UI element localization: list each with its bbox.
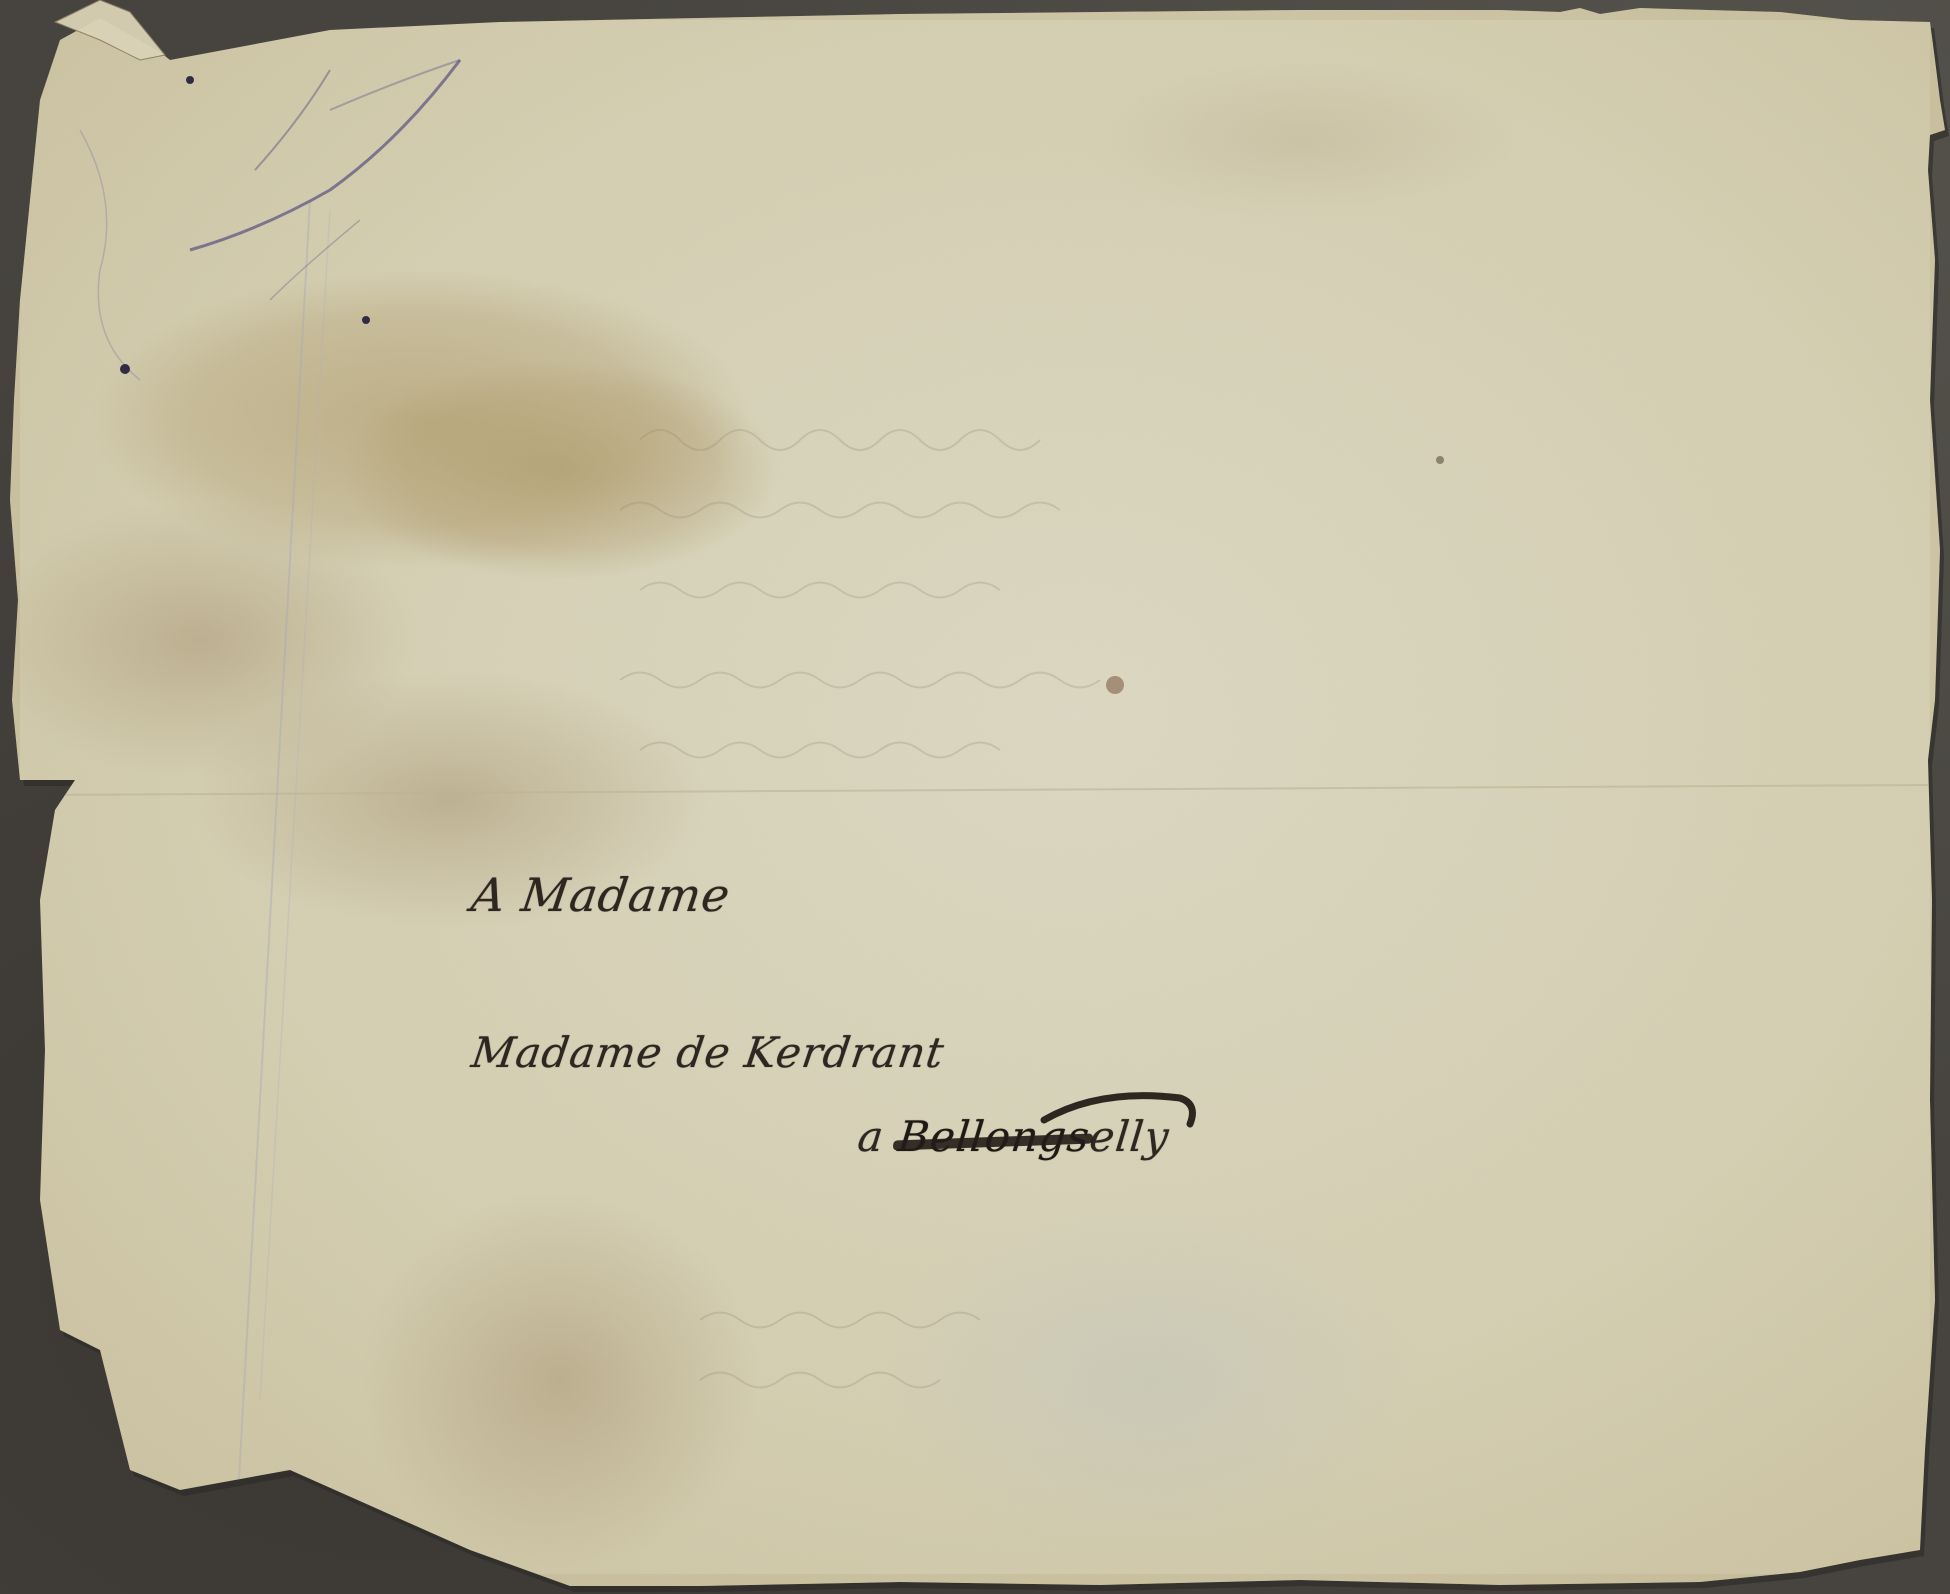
paper-sheet	[0, 0, 1950, 1594]
ink-flourish-icon	[1040, 1080, 1200, 1140]
address-destination-prefix: a	[855, 1112, 886, 1161]
address-salutation: A Madame	[468, 868, 734, 922]
address-recipient-name: Madame de Kerdrant	[469, 1028, 948, 1077]
